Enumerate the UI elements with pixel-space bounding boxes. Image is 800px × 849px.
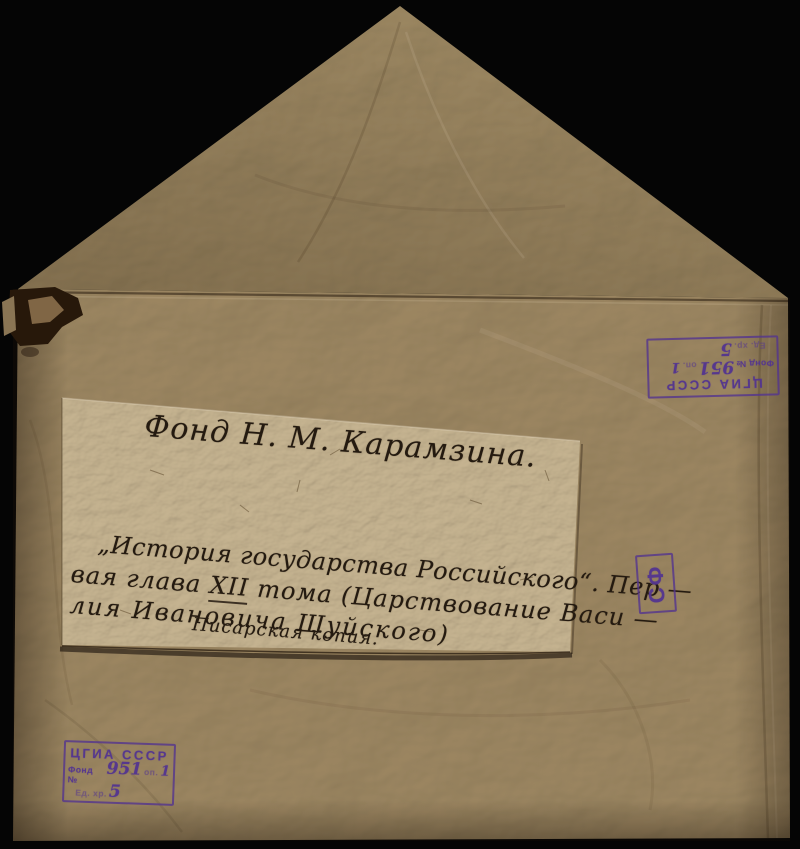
sf-stamp-text: СФ (642, 563, 671, 603)
stamp-fond-label: Фонд № (736, 358, 774, 369)
stamp-ed-row: Ед. хр. 5 (67, 785, 169, 802)
label-volume-number: XII (209, 571, 250, 605)
archive-stamp-top-right-inverted: ЦГИА СССР Фонд № 951 оп. 1 Ед. хр. 5 (646, 335, 780, 398)
stamp-fond-label: Фонд № (68, 764, 105, 785)
stamp-ed-label: Ед. хр. (75, 788, 107, 799)
stamp-fond-value: 951 (698, 358, 734, 373)
stamp-ed-value: 5 (109, 786, 121, 800)
stamp-op-label: оп. (682, 360, 696, 370)
stamp-ed-value: 5 (720, 341, 732, 355)
stamp-op-value: 1 (671, 360, 681, 371)
envelope-flap-shading (18, 6, 788, 298)
stamp-op-value: 1 (160, 766, 170, 778)
envelope-photo: Фонд Н. М. Карамзина. „История государст… (0, 0, 800, 849)
sf-stamp: СФ (635, 553, 677, 615)
stamp-archive-name: ЦГИА СССР (652, 375, 774, 393)
stamp-fond-row: Фонд № 951 оп. 1 (652, 357, 774, 374)
left-edge-shadow (13, 289, 68, 841)
stamp-op-label: оп. (144, 767, 159, 777)
stamp-fond-value: 951 (106, 762, 142, 777)
stamp-ed-label: Ед. хр. (734, 340, 766, 351)
bottom-edge-shadow (13, 800, 790, 841)
stamp-ed-row: Ед. хр. 5 (651, 339, 773, 356)
archive-stamp-bottom-left: ЦГИА СССР Фонд № 951 оп. 1 Ед. хр. 5 (62, 740, 176, 806)
envelope-artwork (0, 0, 800, 849)
